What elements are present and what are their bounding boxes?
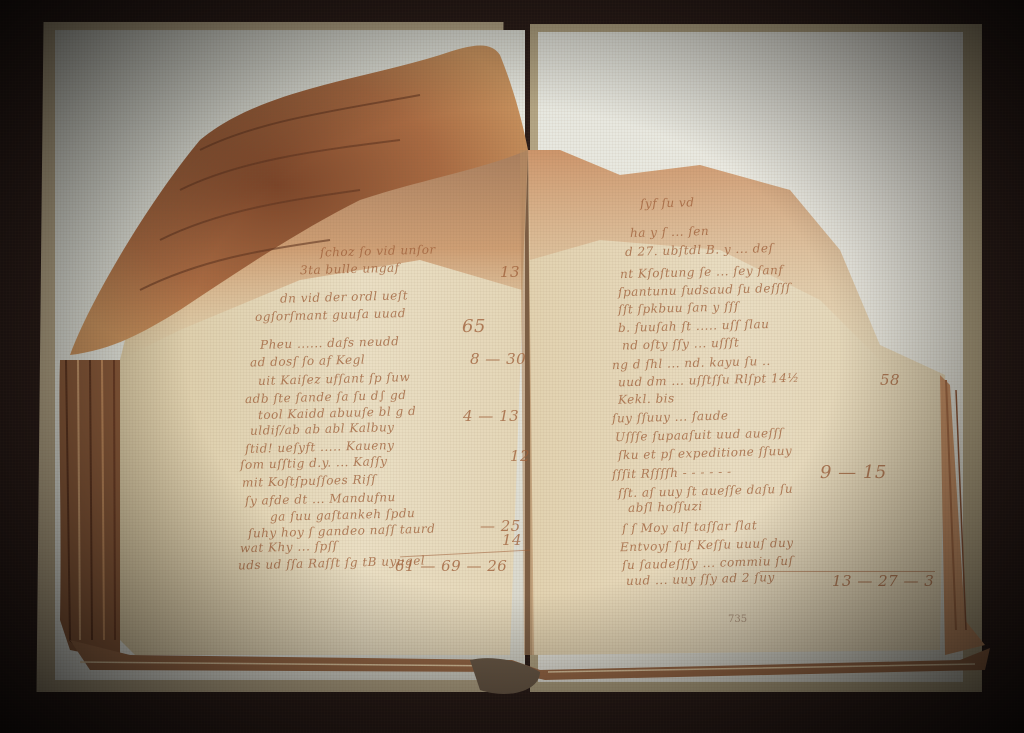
handwriting-line: abſl hoſſuzi — [628, 499, 703, 515]
handwriting-line: 3ta bulle ungaf — [300, 261, 400, 278]
left-amount: 13 — [500, 263, 520, 281]
handwriting-line: wat Khy ... ſpſſ — [240, 539, 338, 556]
left-page-edge-stack — [59, 360, 120, 660]
left-amount: 4 — 13 — [463, 407, 519, 425]
left-amount: 65 — [462, 316, 486, 337]
right-total: 13 — 27 — 3 — [832, 572, 934, 590]
handwriting-line: ha y ſ ... ſen — [630, 224, 709, 240]
left-amount: 12 — [510, 447, 530, 465]
left-total: 61 — 69 — 26 — [395, 557, 507, 575]
page-number: 735 — [728, 614, 747, 625]
left-amount: 14 — [502, 531, 522, 549]
right-amount: 58 — [880, 371, 900, 389]
left-amount: 8 — 30 — [470, 350, 526, 368]
handwriting-line: ad dosſ ſo af Kegl — [250, 352, 365, 369]
right-amount: 9 — 15 — [820, 462, 887, 483]
handwriting-line: ſyf ſu vd — [640, 195, 695, 210]
handwriting-line: Kekl. bis — [618, 391, 675, 406]
